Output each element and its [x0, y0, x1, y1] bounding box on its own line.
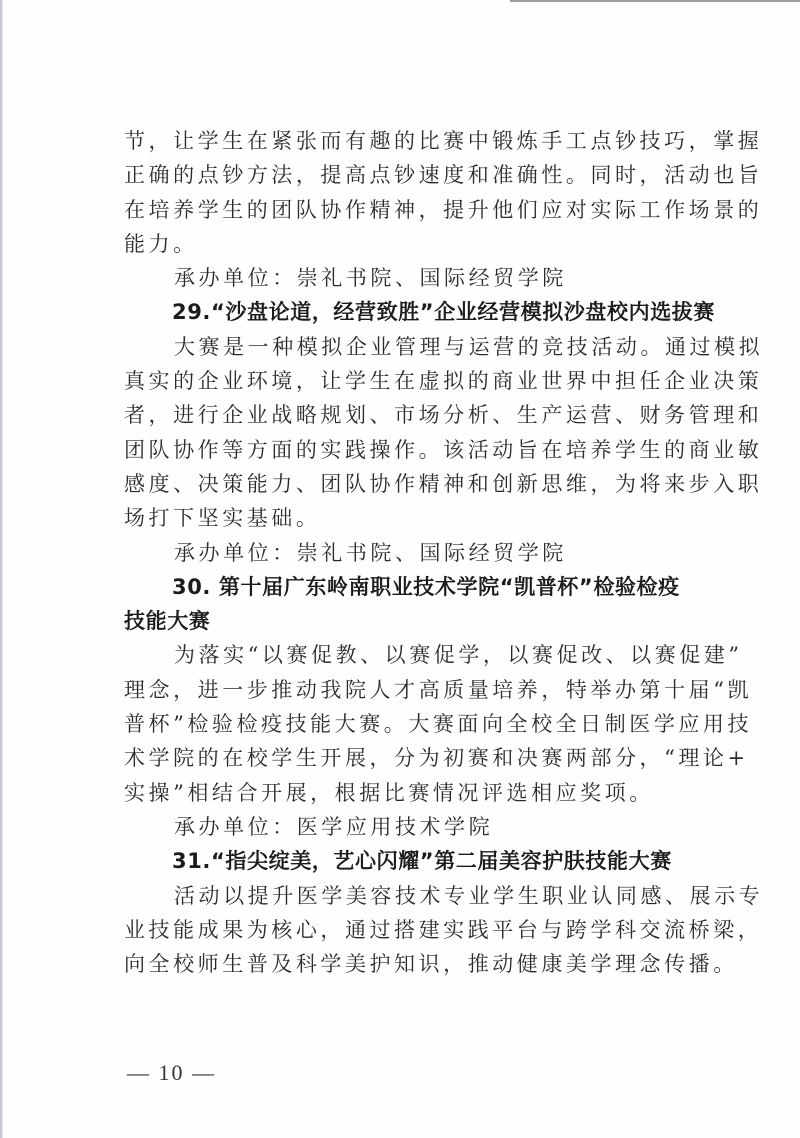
paragraph-line: 者，进行企业战略规划、市场分析、生产运营、财务管理和 [124, 398, 680, 432]
organizer-line: 承办单位：崇礼书院、国际经贸学院 [124, 261, 680, 295]
section-heading-30: 30. 第十届广东岭南职业技术学院“凯普杯”检验检疫 [124, 570, 680, 604]
paragraph-line: 为落实“以赛促教、以赛促学，以赛促改、以赛促建” [124, 638, 680, 672]
paragraph-line: 普杯”检验检疫技能大赛。大赛面向全校全日制医学应用技 [124, 707, 680, 741]
scan-edge-left [0, 0, 3, 1138]
paragraph-line: 实操”相结合开展，根据比赛情况评选相应奖项。 [124, 776, 680, 810]
paragraph-line: 在培养学生的团队协作精神，提升他们应对实际工作场景的 [124, 193, 680, 227]
paragraph-line: 节，让学生在紧张而有趣的比赛中锻炼手工点钞技巧，掌握 [124, 124, 680, 158]
organizer-line: 承办单位：崇礼书院、国际经贸学院 [124, 536, 680, 570]
paragraph-line: 团队协作等方面的实践操作。该活动旨在培养学生的商业敏 [124, 433, 680, 467]
paragraph-line: 活动以提升医学美容技术专业学生职业认同感、展示专 [124, 879, 680, 913]
scan-edge-top [510, 0, 800, 2]
paragraph-line: 正确的点钞方法，提高点钞速度和准确性。同时，活动也旨 [124, 158, 680, 192]
paragraph-line: 大赛是一种模拟企业管理与运营的竞技活动。通过模拟 [124, 330, 680, 364]
paragraph-line: 向全校师生普及科学美护知识，推动健康美学理念传播。 [124, 947, 680, 981]
paragraph-line: 感度、决策能力、团队协作精神和创新思维，为将来步入职 [124, 467, 680, 501]
paragraph-line: 术学院的在校学生开展，分为初赛和决赛两部分，“理论+ [124, 741, 680, 775]
paragraph-line: 能力。 [124, 227, 680, 261]
document-page: 节，让学生在紧张而有趣的比赛中锻炼手工点钞技巧，掌握 正确的点钞方法，提高点钞速… [0, 0, 800, 1138]
section-heading-31: 31.“指尖绽美，艺心闪耀”第二届美容护肤技能大赛 [124, 844, 680, 878]
section-heading-30-cont: 技能大赛 [124, 604, 680, 638]
section-heading-29: 29.“沙盘论道，经营致胜”企业经营模拟沙盘校内选拔赛 [124, 295, 680, 329]
page-number: — 10 — [127, 1060, 216, 1086]
paragraph-line: 理念，进一步推动我院人才高质量培养，特举办第十届“凯 [124, 673, 680, 707]
paragraph-line: 真实的企业环境，让学生在虚拟的商业世界中担任企业决策 [124, 364, 680, 398]
paragraph-line: 场打下坚实基础。 [124, 501, 680, 535]
page-content: 节，让学生在紧张而有趣的比赛中锻炼手工点钞技巧，掌握 正确的点钞方法，提高点钞速… [124, 124, 680, 981]
paragraph-line: 业技能成果为核心，通过搭建实践平台与跨学科交流桥梁， [124, 913, 680, 947]
organizer-line: 承办单位：医学应用技术学院 [124, 810, 680, 844]
